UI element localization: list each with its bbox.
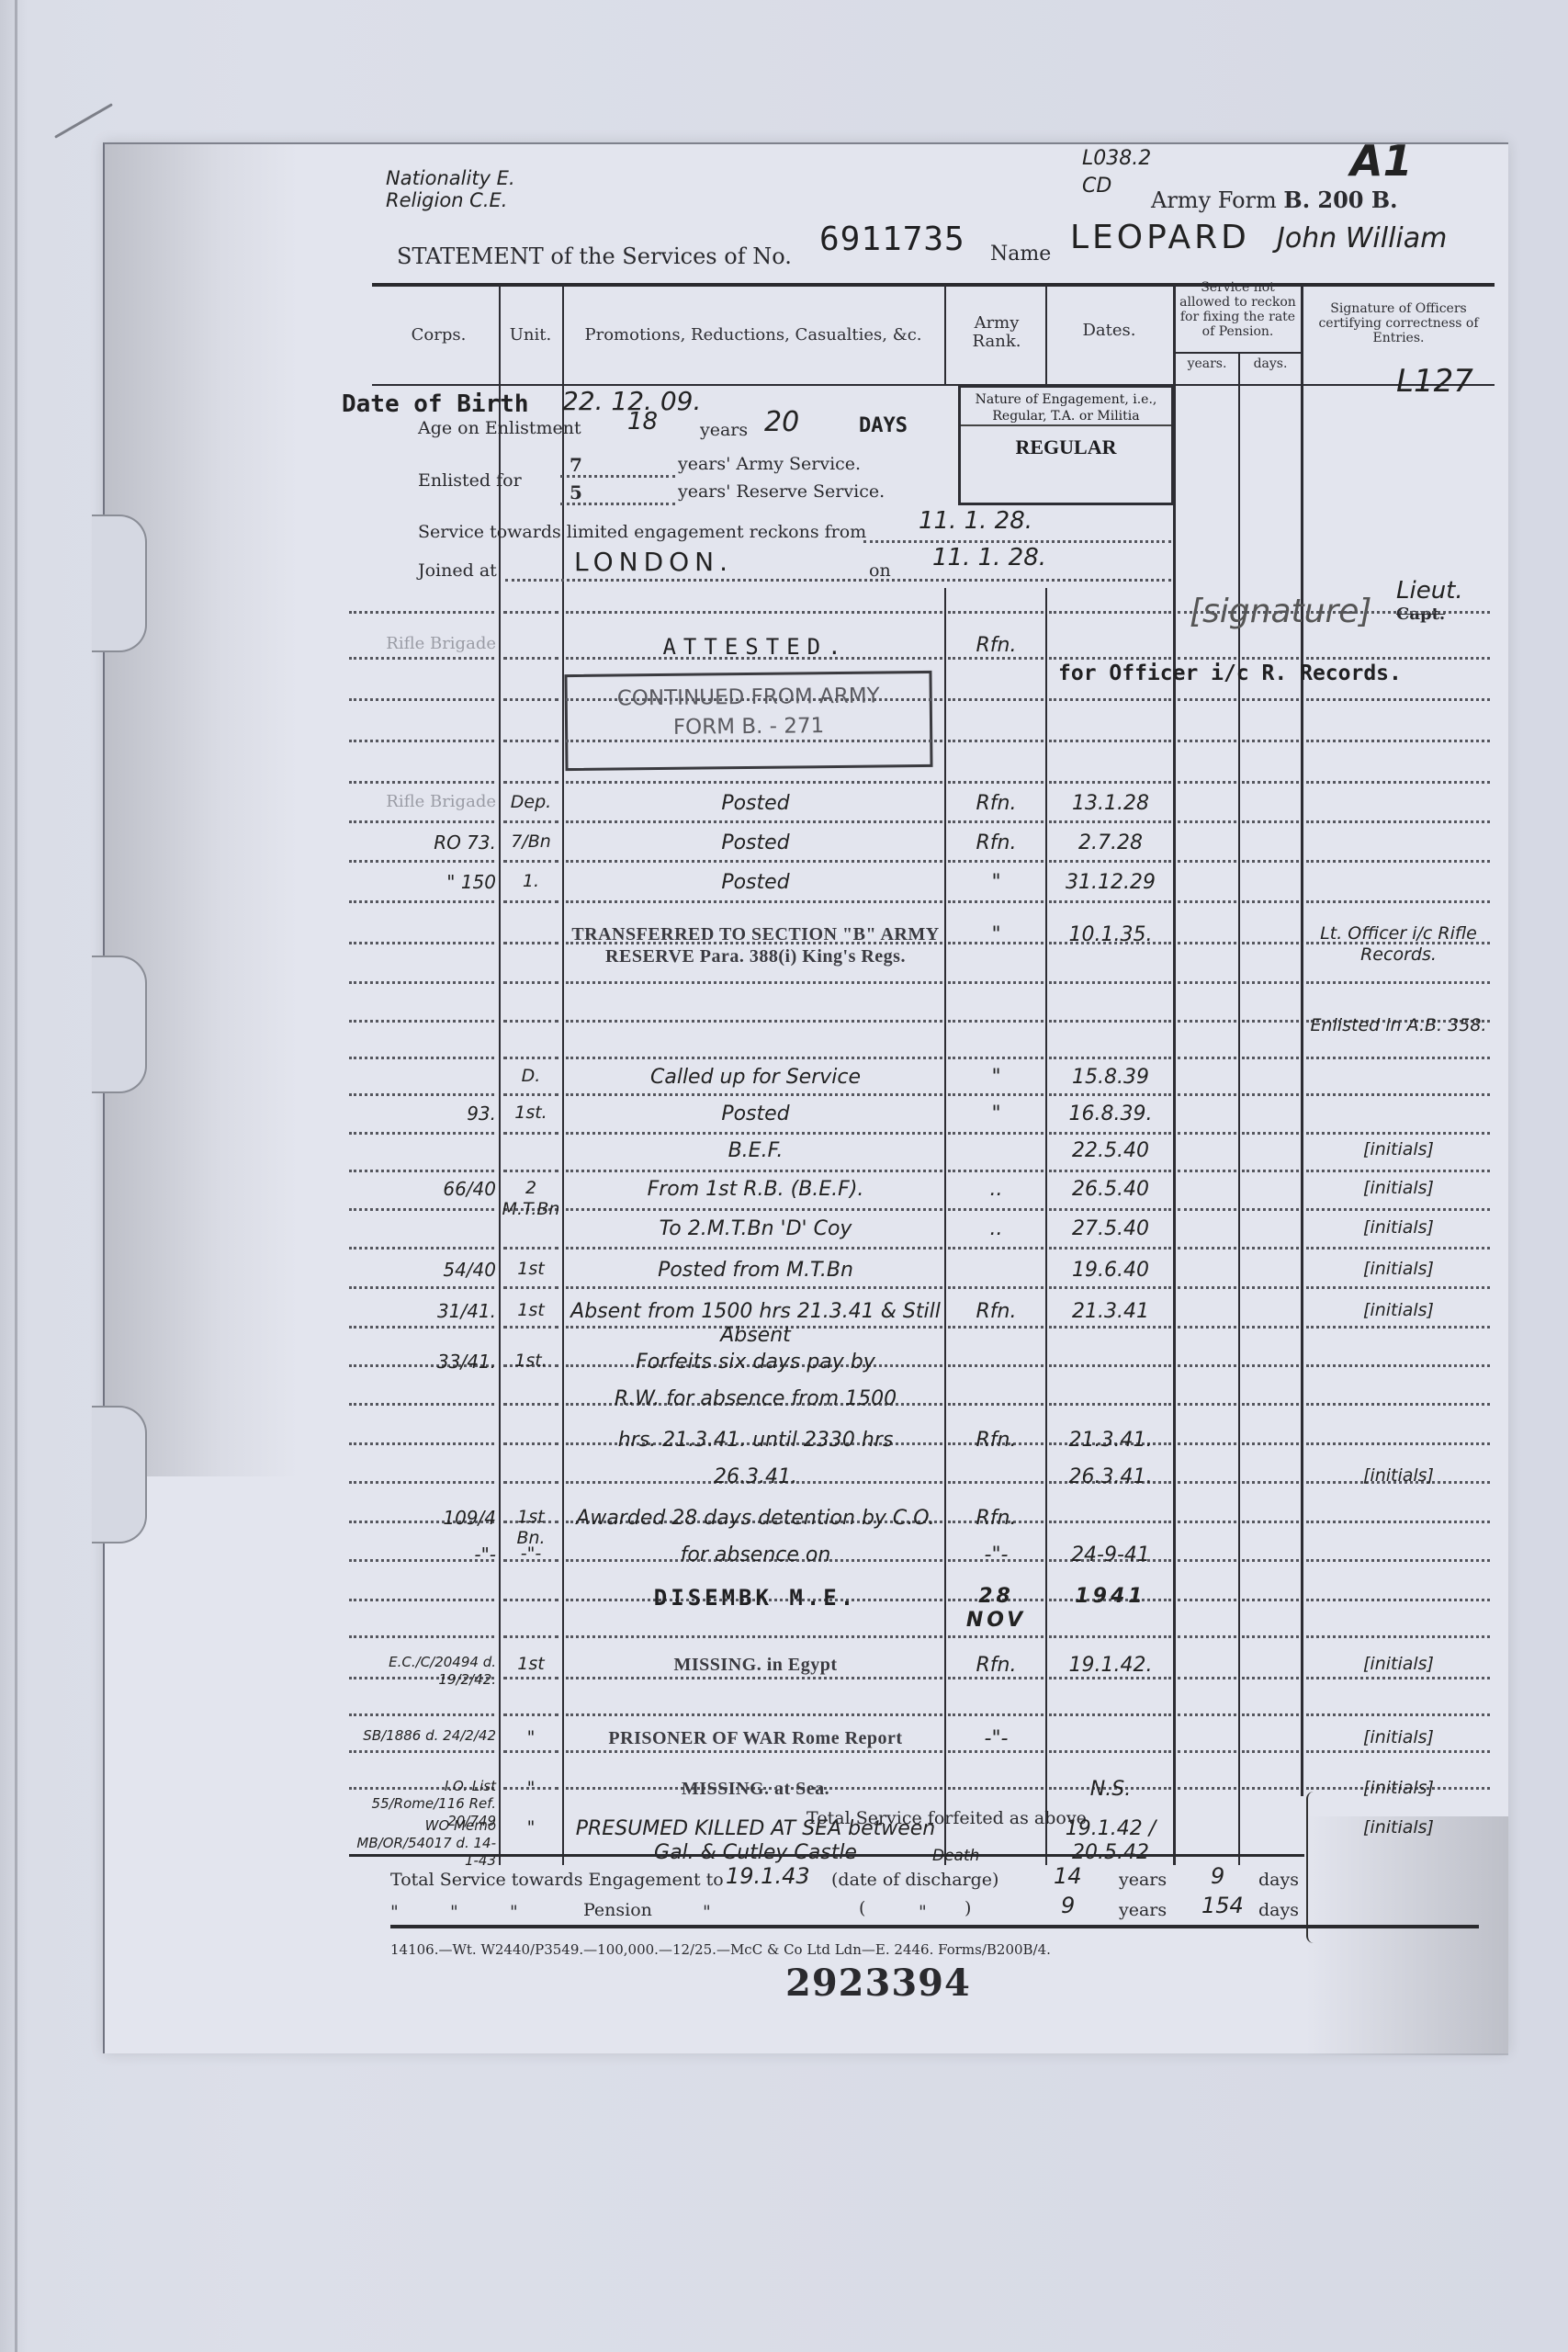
officer-rank: Lieut. <box>1396 577 1463 605</box>
ruled-line <box>503 1713 558 1716</box>
row-sig: [initials] <box>1304 1465 1493 1487</box>
ruled-line <box>1306 1521 1490 1523</box>
ruled-line <box>1049 1020 1171 1023</box>
ruled-line <box>1242 1170 1299 1172</box>
ruled-line <box>1242 1521 1299 1523</box>
ruled-line <box>1178 1677 1236 1679</box>
row-corps: E.C./C/20494 d. 19/2/42. <box>349 1654 496 1689</box>
years-label: years <box>700 420 748 440</box>
totals-rule <box>349 1854 1304 1857</box>
ruled-line <box>1178 1599 1236 1601</box>
col-divider-events <box>944 588 946 1865</box>
col-divider-dates <box>1173 285 1176 1865</box>
ruled-line <box>349 1442 494 1445</box>
ruled-line <box>1178 1093 1236 1096</box>
row-event: Posted <box>570 792 942 816</box>
col-header-signatures: Signature of Officers certifying correct… <box>1304 301 1493 345</box>
ruled-line <box>1178 1208 1236 1211</box>
age-days: 20 <box>764 406 799 438</box>
ruled-line <box>503 981 558 984</box>
col-header-years: years. <box>1176 356 1238 371</box>
years-label: years <box>1119 1870 1167 1890</box>
ruled-line <box>1242 1787 1299 1790</box>
row-event: R.W. for absence from 1500 <box>570 1387 942 1411</box>
row-rank: Rfn. <box>948 1654 1044 1678</box>
dotted-fill <box>505 579 1171 582</box>
row-event: MISSING. at Sea. <box>570 1778 942 1800</box>
reckons-label: Service towards limited engagement recko… <box>418 522 866 542</box>
row-event: From 1st R.B. (B.E.F). <box>570 1178 942 1202</box>
ruled-line <box>1242 1093 1299 1096</box>
ruled-line <box>503 1481 558 1484</box>
row-unit: 1st. <box>502 1351 560 1372</box>
ruled-line <box>349 740 494 742</box>
row-unit: -"- <box>502 1543 560 1565</box>
ruled-line <box>1242 1286 1299 1289</box>
row-corps: " 150 <box>349 871 496 893</box>
army-form-number: Army Form B. 200 B. <box>1151 187 1398 213</box>
row-event: hrs. 21.3.41. until 2330 hrs <box>570 1429 942 1453</box>
on-label: on <box>869 560 891 581</box>
row-event: Awarded 28 days detention by C.O. <box>570 1507 942 1531</box>
ref-code-line1: L038.2 <box>1082 145 1151 173</box>
ruled-line <box>1242 740 1299 742</box>
name-label: Name <box>990 243 1051 266</box>
row-rank: " <box>948 871 1044 895</box>
ruled-line <box>1178 1713 1236 1716</box>
ruled-line <box>349 1403 494 1406</box>
ruled-line <box>503 1442 558 1445</box>
ruled-line <box>503 1326 558 1329</box>
ruled-line <box>1049 820 1171 823</box>
row-rank: " <box>948 1066 1044 1090</box>
ruled-line <box>566 1093 942 1096</box>
ruled-line <box>1178 1170 1236 1172</box>
row-corps: RO 73. <box>349 831 496 854</box>
row-date: 15.8.39 <box>1049 1066 1172 1090</box>
row-event: TRANSFERRED TO SECTION "B" ARMY RESERVE … <box>570 923 942 967</box>
ruled-line <box>948 1403 1043 1406</box>
printer-imprint: 14106.—Wt. W2440/P3549.—100,000.—12/25.—… <box>390 1941 1051 1958</box>
ruled-line <box>1242 1326 1299 1329</box>
row-sig: [initials] <box>1304 1727 1493 1748</box>
ruled-line <box>948 1787 1043 1790</box>
ruled-line <box>1242 942 1299 944</box>
ruled-line <box>349 1020 494 1023</box>
for-officer-records: for Officer i/c R. Records. <box>1058 661 1402 685</box>
row-unit: 1st <box>502 1300 560 1321</box>
row-corps: 33/41. <box>349 1351 496 1373</box>
years-label: years <box>1119 1900 1167 1920</box>
ruled-line <box>1306 1132 1490 1135</box>
ruled-line <box>1049 1364 1171 1367</box>
row-corps: Rifle Brigade <box>349 634 496 654</box>
ruled-line <box>948 860 1043 863</box>
ruled-line <box>349 820 494 823</box>
ruled-line <box>1178 657 1236 660</box>
ruled-line <box>503 1635 558 1638</box>
row-event: DISEMBK M.E. <box>570 1585 942 1611</box>
ruled-line <box>1242 611 1299 614</box>
engagement-years: 14 <box>1054 1863 1082 1889</box>
ruled-line <box>503 900 558 903</box>
ruled-line <box>566 1208 942 1211</box>
row-rank: Rfn. <box>948 792 1044 816</box>
ruled-line <box>1306 1559 1490 1562</box>
ruled-line <box>1242 1750 1299 1753</box>
ruled-line <box>349 900 494 903</box>
row-rank: Rfn. <box>948 1429 1044 1453</box>
row-event: Absent from 1500 hrs 21.3.41 & Still Abs… <box>570 1300 942 1348</box>
ruled-line <box>1049 1713 1171 1716</box>
ruled-line <box>1242 1713 1299 1716</box>
ruled-line <box>1306 1713 1490 1716</box>
ruled-line <box>1049 1635 1171 1638</box>
ruled-line <box>1049 1326 1171 1329</box>
ruled-line <box>566 1713 942 1716</box>
ruled-line <box>566 900 942 903</box>
row-unit: 1. <box>502 871 560 892</box>
row-date: 26.5.40 <box>1049 1178 1172 1202</box>
row-rank: Rfn. <box>948 634 1044 658</box>
ruled-line <box>503 1403 558 1406</box>
ruled-line <box>566 1635 942 1638</box>
row-sig: Lt. Officer i/c Rifle Records. <box>1304 923 1493 966</box>
ruled-line <box>1178 942 1236 944</box>
forenames: John William <box>1277 222 1447 254</box>
ruled-line <box>1049 900 1171 903</box>
ruled-line <box>1242 1208 1299 1211</box>
ref-code: L038.2 CD <box>1082 145 1151 200</box>
ruled-line <box>566 611 942 614</box>
ruled-line <box>349 781 494 784</box>
row-sig: [initials] <box>1304 1178 1493 1199</box>
dotted-fill <box>560 503 675 505</box>
ruled-line <box>1178 740 1236 742</box>
engagement-total-label: Total Service towards Engagement to <box>390 1870 724 1890</box>
ruled-line <box>349 1635 494 1638</box>
ruled-line <box>503 740 558 742</box>
row-date: 2.7.28 <box>1049 831 1172 855</box>
ruled-line <box>948 1057 1043 1059</box>
ruled-line <box>948 1364 1043 1367</box>
ruled-line <box>349 698 494 701</box>
ruled-line <box>1178 1750 1236 1753</box>
ruled-line <box>1242 657 1299 660</box>
column-header-rule <box>372 384 1495 386</box>
engagement-days: 9 <box>1211 1863 1224 1889</box>
ruled-line <box>948 1247 1043 1249</box>
col-header-pension: Service not allowed to reckon for fixing… <box>1176 280 1300 339</box>
ruled-line <box>1306 1208 1490 1211</box>
ruled-line <box>948 1635 1043 1638</box>
ruled-line <box>1306 900 1490 903</box>
ruled-line <box>1306 1677 1490 1679</box>
paper-stain <box>105 144 298 1476</box>
pension-years: 9 <box>1061 1893 1075 1918</box>
ruled-line <box>948 1713 1043 1716</box>
ruled-line <box>948 611 1043 614</box>
row-unit: " <box>502 1778 560 1799</box>
row-date: 1941 <box>1049 1585 1172 1609</box>
ruled-line <box>503 781 558 784</box>
ruled-line <box>948 698 1043 701</box>
ruled-line <box>1306 981 1490 984</box>
religion-note: Religion C.E. <box>386 189 515 211</box>
ruled-line <box>566 1750 942 1753</box>
ruled-line <box>1306 657 1490 660</box>
ruled-line <box>349 1481 494 1484</box>
ruled-line <box>349 1326 494 1329</box>
row-date: 16.8.39. <box>1049 1102 1172 1126</box>
row-date: 26.3.41. <box>1049 1465 1172 1489</box>
ruled-line <box>1306 1247 1490 1249</box>
dotted-fill <box>863 540 1171 543</box>
ruled-line <box>948 781 1043 784</box>
ruled-line <box>1178 1132 1236 1135</box>
row-unit: Dep. <box>502 792 560 813</box>
header-rule <box>372 283 1495 287</box>
ruled-line <box>503 820 558 823</box>
row-event: B.E.F. <box>570 1139 942 1163</box>
paper-stain-right <box>1306 1816 1508 2055</box>
row-sig: [initials] <box>1304 1139 1493 1160</box>
ruled-line <box>1049 740 1171 742</box>
ruled-line <box>1242 1481 1299 1484</box>
ruled-line <box>566 698 942 701</box>
ruled-line <box>566 860 942 863</box>
row-event: Forfeits six days pay by <box>570 1351 942 1374</box>
row-corps: WO Memo MB/OR/54017 d. 14-1-43 <box>349 1817 496 1870</box>
col-divider-events-top <box>944 285 946 386</box>
joined-at: LONDON. <box>574 547 733 577</box>
ruled-line <box>948 740 1043 742</box>
row-date: 31.12.29 <box>1049 871 1172 895</box>
age-label: Age on Enlistment <box>418 418 581 438</box>
ruled-line <box>1242 1635 1299 1638</box>
ditto-mark: " <box>510 1902 518 1922</box>
ruled-line <box>1178 1326 1236 1329</box>
row-date: 21.3.41. <box>1049 1429 1172 1453</box>
discharge-correction: Death <box>932 1847 979 1865</box>
ruled-line <box>1242 698 1299 701</box>
days-label: days <box>1258 1900 1299 1920</box>
row-event: Called up for Service <box>570 1066 942 1090</box>
ruled-line <box>1242 1247 1299 1249</box>
ruled-line <box>1049 1132 1171 1135</box>
army-form-code: B. 200 B. <box>1283 187 1397 213</box>
row-sig: [initials] <box>1304 1259 1493 1280</box>
ref-code-line2: CD <box>1082 173 1151 200</box>
statement-label: STATEMENT of the Services of No. <box>397 243 792 269</box>
discharge-label: (date of discharge) <box>831 1870 998 1890</box>
row-rank: -"- <box>948 1727 1044 1751</box>
surname: LEOPARD <box>1070 219 1250 256</box>
ditto-mark: " <box>390 1902 399 1922</box>
ruled-line <box>349 1713 494 1716</box>
row-date: 22.5.40 <box>1049 1139 1172 1163</box>
dob-label: Date of Birth <box>342 390 529 418</box>
row-unit: " <box>502 1817 560 1838</box>
col-header-events: Promotions, Reductions, Casualties, &c. <box>565 326 942 345</box>
days-label: days <box>1258 1870 1299 1890</box>
ruled-line <box>503 1170 558 1172</box>
dotted-fill <box>560 475 675 478</box>
ruled-line <box>948 981 1043 984</box>
ruled-line <box>1242 900 1299 903</box>
ruled-line <box>1306 1599 1490 1601</box>
ruled-line <box>1306 1750 1490 1753</box>
row-event: Posted <box>570 1102 942 1126</box>
ditto-mark: " <box>919 1902 927 1922</box>
ruled-line <box>948 1326 1043 1329</box>
ruled-line <box>349 1132 494 1135</box>
ruled-line <box>503 1093 558 1096</box>
row-date: 21.3.41 <box>1049 1300 1172 1324</box>
ruled-line <box>948 1481 1043 1484</box>
ruled-line <box>1049 981 1171 984</box>
row-date: 13.1.28 <box>1049 792 1172 816</box>
ruled-line <box>1049 1170 1171 1172</box>
ruled-line <box>1049 1750 1171 1753</box>
ruled-line <box>1178 781 1236 784</box>
engagement-header: Nature of Engagement, i.e., Regular, T.A… <box>961 388 1171 426</box>
reserve-service-years: 5 <box>570 481 582 503</box>
pension-label: Pension <box>583 1900 652 1920</box>
ruled-line <box>349 1057 494 1059</box>
col-header-rank: Army Rank. <box>955 314 1038 351</box>
reserve-service-label: years' Reserve Service. <box>678 481 885 502</box>
row-event: MISSING. in Egypt <box>570 1654 942 1676</box>
ditto-mark: " <box>450 1902 458 1922</box>
row-corps: -"- <box>349 1543 496 1566</box>
row-rank: .. <box>948 1217 1044 1241</box>
ruled-line <box>349 611 494 614</box>
col-header-corps: Corps. <box>386 326 491 345</box>
ruled-line <box>1242 1442 1299 1445</box>
ruled-line <box>1242 781 1299 784</box>
punch-hole <box>92 955 147 1093</box>
row-unit: 1st. <box>502 1102 560 1124</box>
ruled-line <box>1178 1521 1236 1523</box>
ruled-line <box>566 1132 942 1135</box>
bracket <box>1306 1792 1317 1943</box>
ruled-line <box>1178 900 1236 903</box>
row-unit: 2 M.T.Bn <box>502 1178 560 1220</box>
ruled-line <box>566 740 942 742</box>
struck-rank: Capt. <box>1396 605 1445 624</box>
row-sig: [initials] <box>1304 1778 1493 1799</box>
ruled-line <box>1306 1442 1490 1445</box>
row-sig: [initials] <box>1304 1217 1493 1238</box>
ruled-line <box>1178 1442 1236 1445</box>
ruled-line <box>1049 860 1171 863</box>
stamp-line1: CONTINUED FROM ARMY <box>568 681 930 714</box>
ruled-line <box>1049 1208 1171 1211</box>
forfeited-label: Total Service forfeited as above <box>807 1808 1087 1828</box>
pension-subheader-rule <box>1175 352 1301 354</box>
row-event: for absence on <box>570 1543 942 1567</box>
ruled-line <box>503 698 558 701</box>
ruled-line <box>948 820 1043 823</box>
ruled-line <box>948 1020 1043 1023</box>
row-event: To 2.M.T.Bn 'D' Coy <box>570 1217 942 1241</box>
ruled-line <box>1242 981 1299 984</box>
ruled-line <box>1049 1521 1171 1523</box>
ruled-line <box>1178 1286 1236 1289</box>
joined-label: Joined at <box>418 560 497 581</box>
ruled-line <box>1306 781 1490 784</box>
ditto-mark: " <box>703 1902 711 1922</box>
ruled-line <box>503 1677 558 1679</box>
ruled-line <box>1178 1057 1236 1059</box>
ruled-line <box>1306 1170 1490 1172</box>
ruled-line <box>349 1170 494 1172</box>
ruled-line <box>1178 1481 1236 1484</box>
row-sig: [initials] <box>1304 1300 1493 1321</box>
engagement-box: Nature of Engagement, i.e., Regular, T.A… <box>958 386 1174 505</box>
row-date: 19.6.40 <box>1049 1259 1172 1283</box>
pension-days: 154 <box>1201 1893 1244 1918</box>
ruled-line <box>1178 1364 1236 1367</box>
ruled-line <box>1242 860 1299 863</box>
col-header-unit: Unit. <box>501 326 560 345</box>
row-corps: Rifle Brigade <box>349 792 496 812</box>
ruled-line <box>566 1020 942 1023</box>
ruled-line <box>1242 1403 1299 1406</box>
ruled-line <box>1306 740 1490 742</box>
row-rank: Rfn. <box>948 1300 1044 1324</box>
ruled-line <box>948 1170 1043 1172</box>
row-corps: SB/1886 d. 24/2/42 <box>349 1727 496 1745</box>
ruled-line <box>1178 820 1236 823</box>
col-divider-years <box>1238 354 1240 1865</box>
ruled-line <box>1242 1677 1299 1679</box>
ruled-line <box>1306 1057 1490 1059</box>
col-header-days: days. <box>1240 356 1301 371</box>
ruled-line <box>503 1247 558 1249</box>
row-date: N.S. <box>1049 1778 1172 1802</box>
ruled-line <box>349 1599 494 1601</box>
ruled-line <box>503 1750 558 1753</box>
ruled-line <box>1178 611 1236 614</box>
row-rank: .. <box>948 1178 1044 1202</box>
ruled-line <box>566 981 942 984</box>
ruled-line <box>1178 1403 1236 1406</box>
ruled-line <box>1242 1132 1299 1135</box>
row-unit: D. <box>502 1066 560 1087</box>
ruled-line <box>1049 1247 1171 1249</box>
ruled-line <box>566 1286 942 1289</box>
engagement-to: 19.1.43 <box>726 1863 810 1889</box>
row-date: 10.1.35. <box>1049 923 1172 947</box>
nationality-religion-note: Nationality E. Religion C.E. <box>386 167 515 211</box>
row-unit: 7/Bn <box>502 831 560 853</box>
ruled-line <box>1242 820 1299 823</box>
row-rank: " <box>948 1102 1044 1126</box>
reckons-from: 11. 1. 28. <box>919 507 1032 535</box>
back-sheet-edge <box>15 0 17 2352</box>
ruled-line <box>1306 698 1490 701</box>
ruled-line <box>503 1286 558 1289</box>
row-event: 26.3.41. <box>570 1465 942 1489</box>
row-corps: 93. <box>349 1102 496 1125</box>
ruled-line <box>566 1057 942 1059</box>
joined-on: 11. 1. 28. <box>932 544 1046 571</box>
ruled-line <box>1178 981 1236 984</box>
col-divider-rank <box>1045 588 1047 1865</box>
ruled-line <box>349 981 494 984</box>
